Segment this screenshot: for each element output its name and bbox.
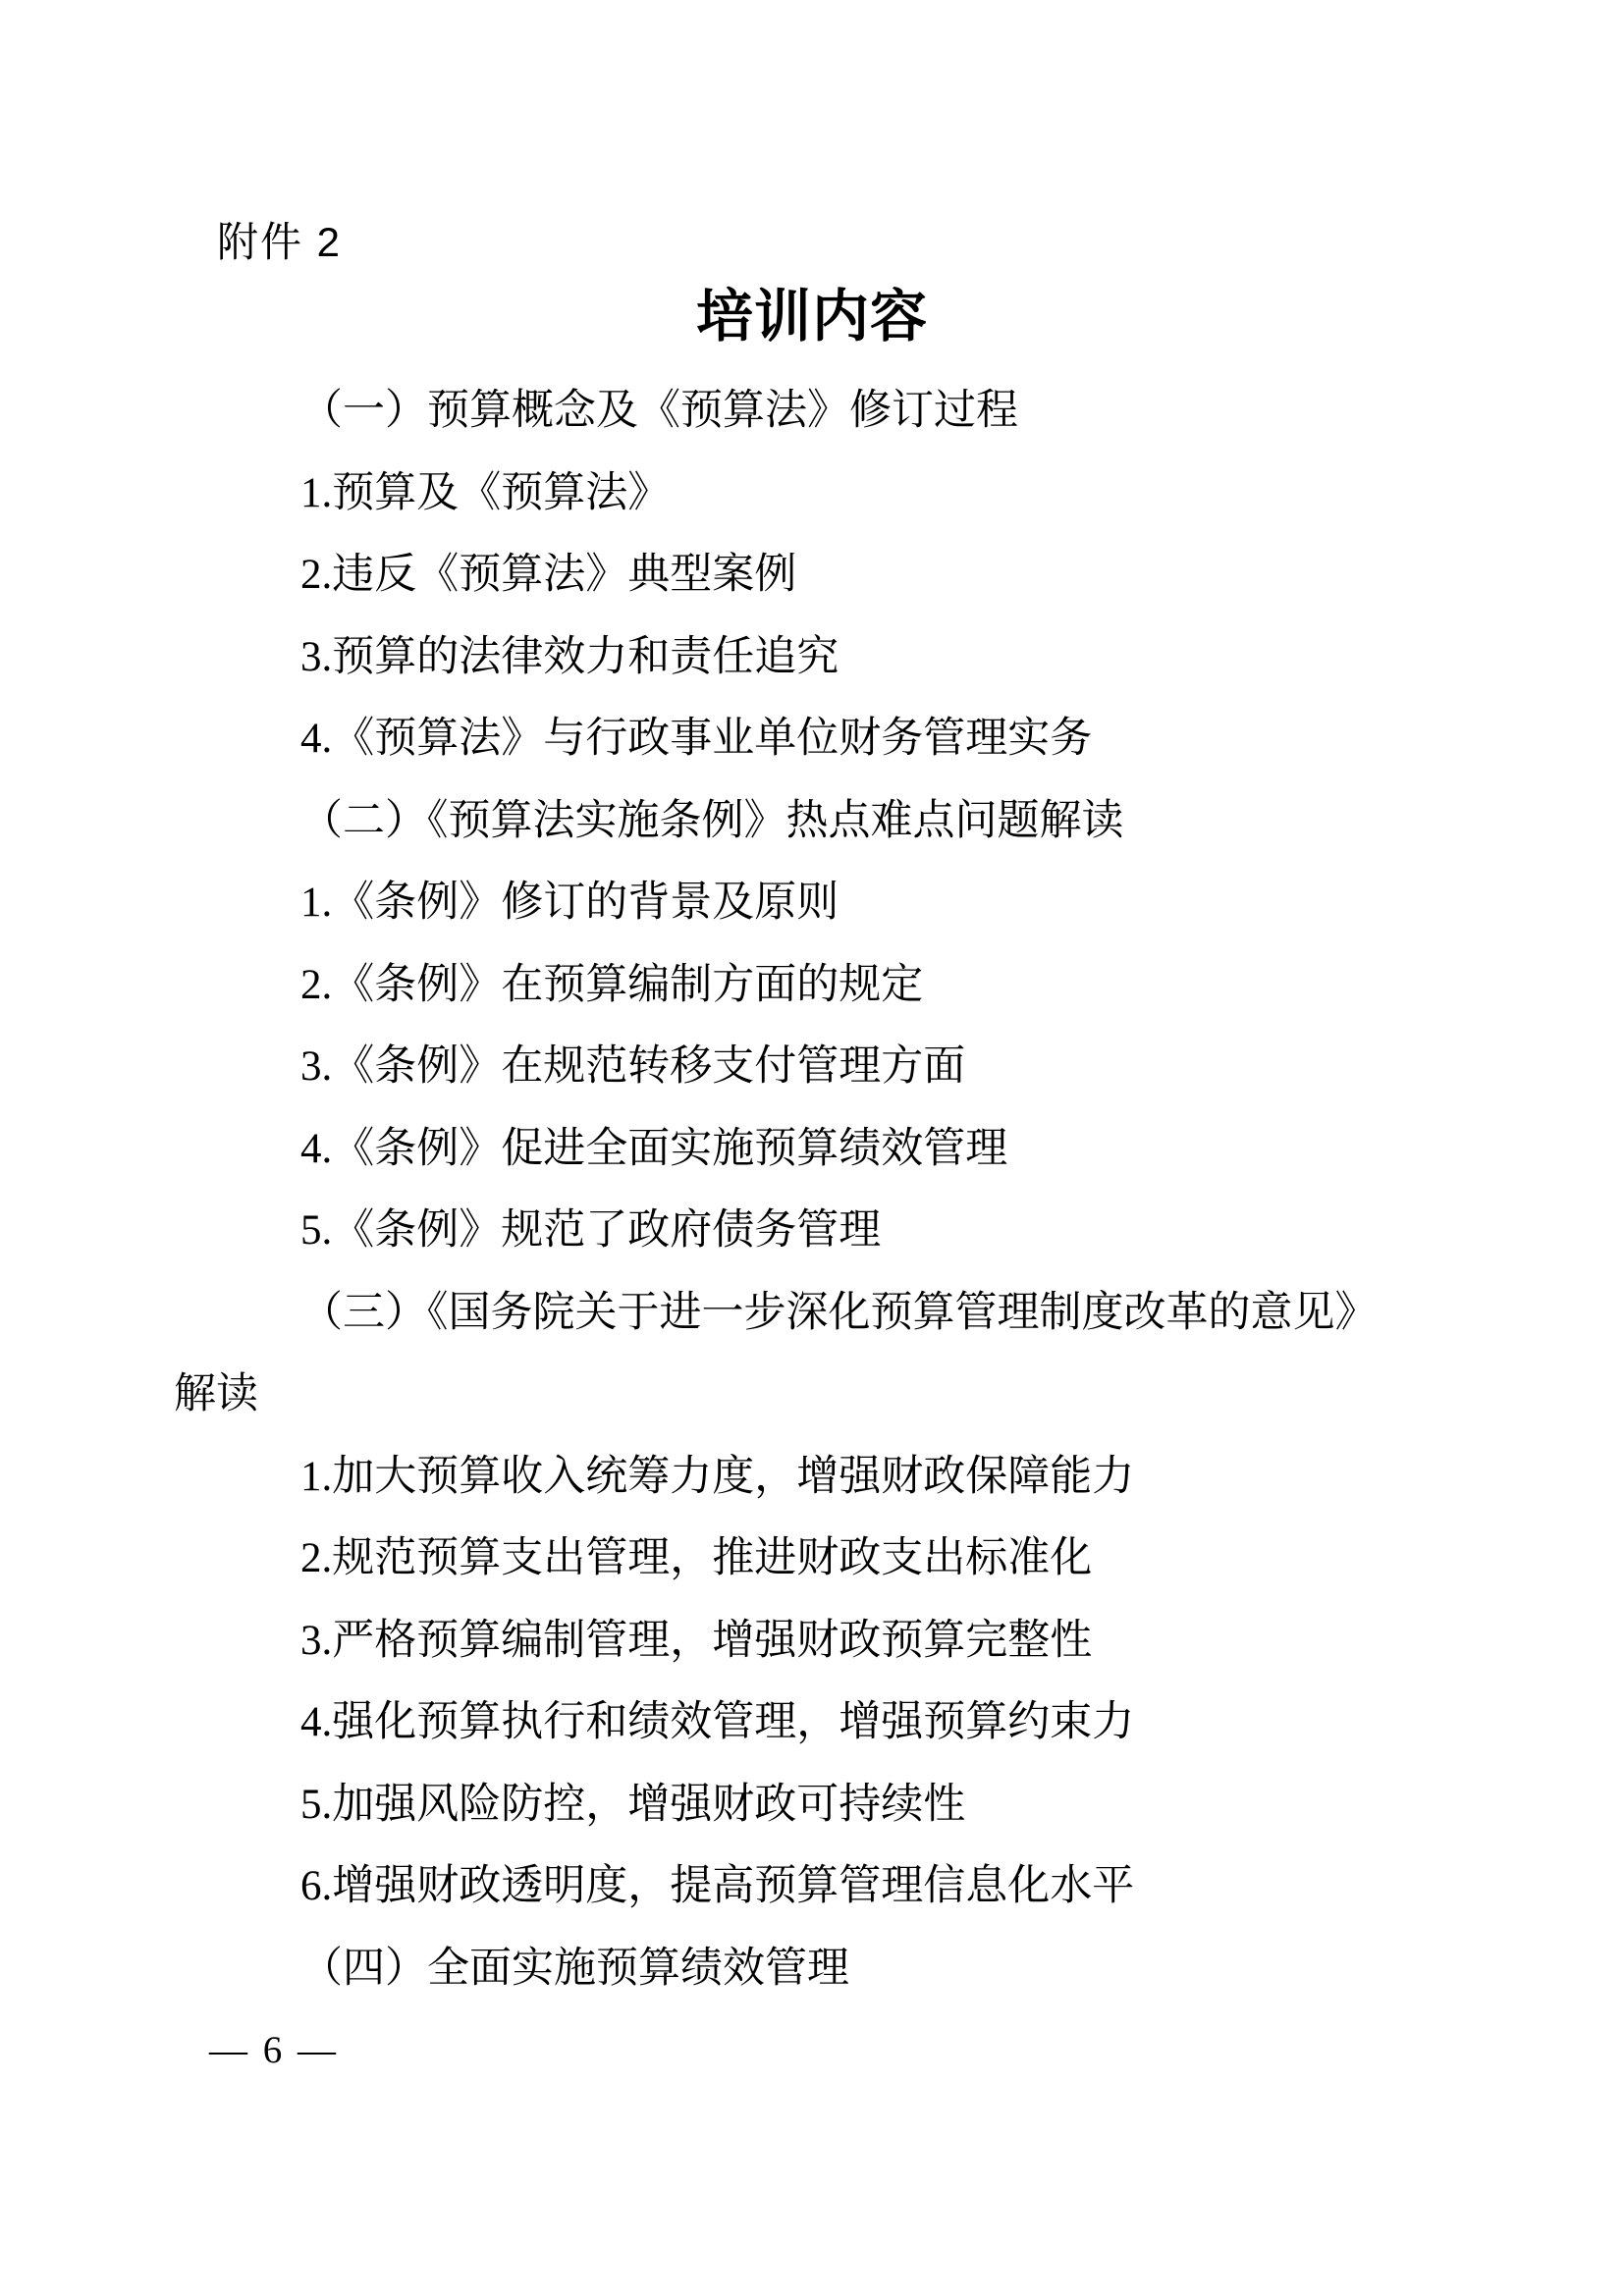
content-line: 3.预算的法律效力和责任追究 — [174, 616, 1450, 699]
content-line-wrap: 解读 — [174, 1354, 1450, 1436]
page-number: — 6 — — [209, 2028, 339, 2073]
content-line: 3.严格预算编制管理，增强财政预算完整性 — [174, 1600, 1450, 1682]
document-page: 附件 2 培训内容 （一）预算概念及《预算法》修订过程 1.预算及《预算法》 2… — [0, 0, 1624, 2296]
content-line: 5.加强风险防控，增强财政可持续性 — [174, 1764, 1450, 1846]
document-body: （一）预算概念及《预算法》修订过程 1.预算及《预算法》 2.违反《预算法》典型… — [174, 370, 1450, 2009]
content-line: 1.预算及《预算法》 — [174, 453, 1450, 535]
content-line: （二）《预算法实施条例》热点难点问题解读 — [174, 780, 1450, 863]
content-line: （四）全面实施预算绩效管理 — [174, 1928, 1450, 2010]
content-line: 4.《条例》促进全面实施预算绩效管理 — [174, 1108, 1450, 1191]
content-line: 1.《条例》修订的背景及原则 — [174, 862, 1450, 944]
content-line: （一）预算概念及《预算法》修订过程 — [174, 370, 1450, 453]
content-line: （三）《国务院关于进一步深化预算管理制度改革的意见》 — [174, 1272, 1450, 1355]
attachment-label: 附件 2 — [217, 220, 342, 265]
content-line: 3.《条例》在规范转移支付管理方面 — [174, 1026, 1450, 1108]
content-line: 5.《条例》规范了政府债务管理 — [174, 1190, 1450, 1272]
content-line: 6.增强财政透明度，提高预算管理信息化水平 — [174, 1845, 1450, 1928]
content-line: 2.违反《预算法》典型案例 — [174, 534, 1450, 616]
content-line: 1.加大预算收入统筹力度，增强财政保障能力 — [174, 1436, 1450, 1519]
content-line: 2.《条例》在预算编制方面的规定 — [174, 944, 1450, 1027]
content-line: 2.规范预算支出管理，推进财政支出标准化 — [174, 1518, 1450, 1600]
content-line: 4.《预算法》与行政事业单位财务管理实务 — [174, 698, 1450, 780]
content-line: 4.强化预算执行和绩效管理，增强预算约束力 — [174, 1682, 1450, 1764]
page-title: 培训内容 — [0, 284, 1624, 350]
